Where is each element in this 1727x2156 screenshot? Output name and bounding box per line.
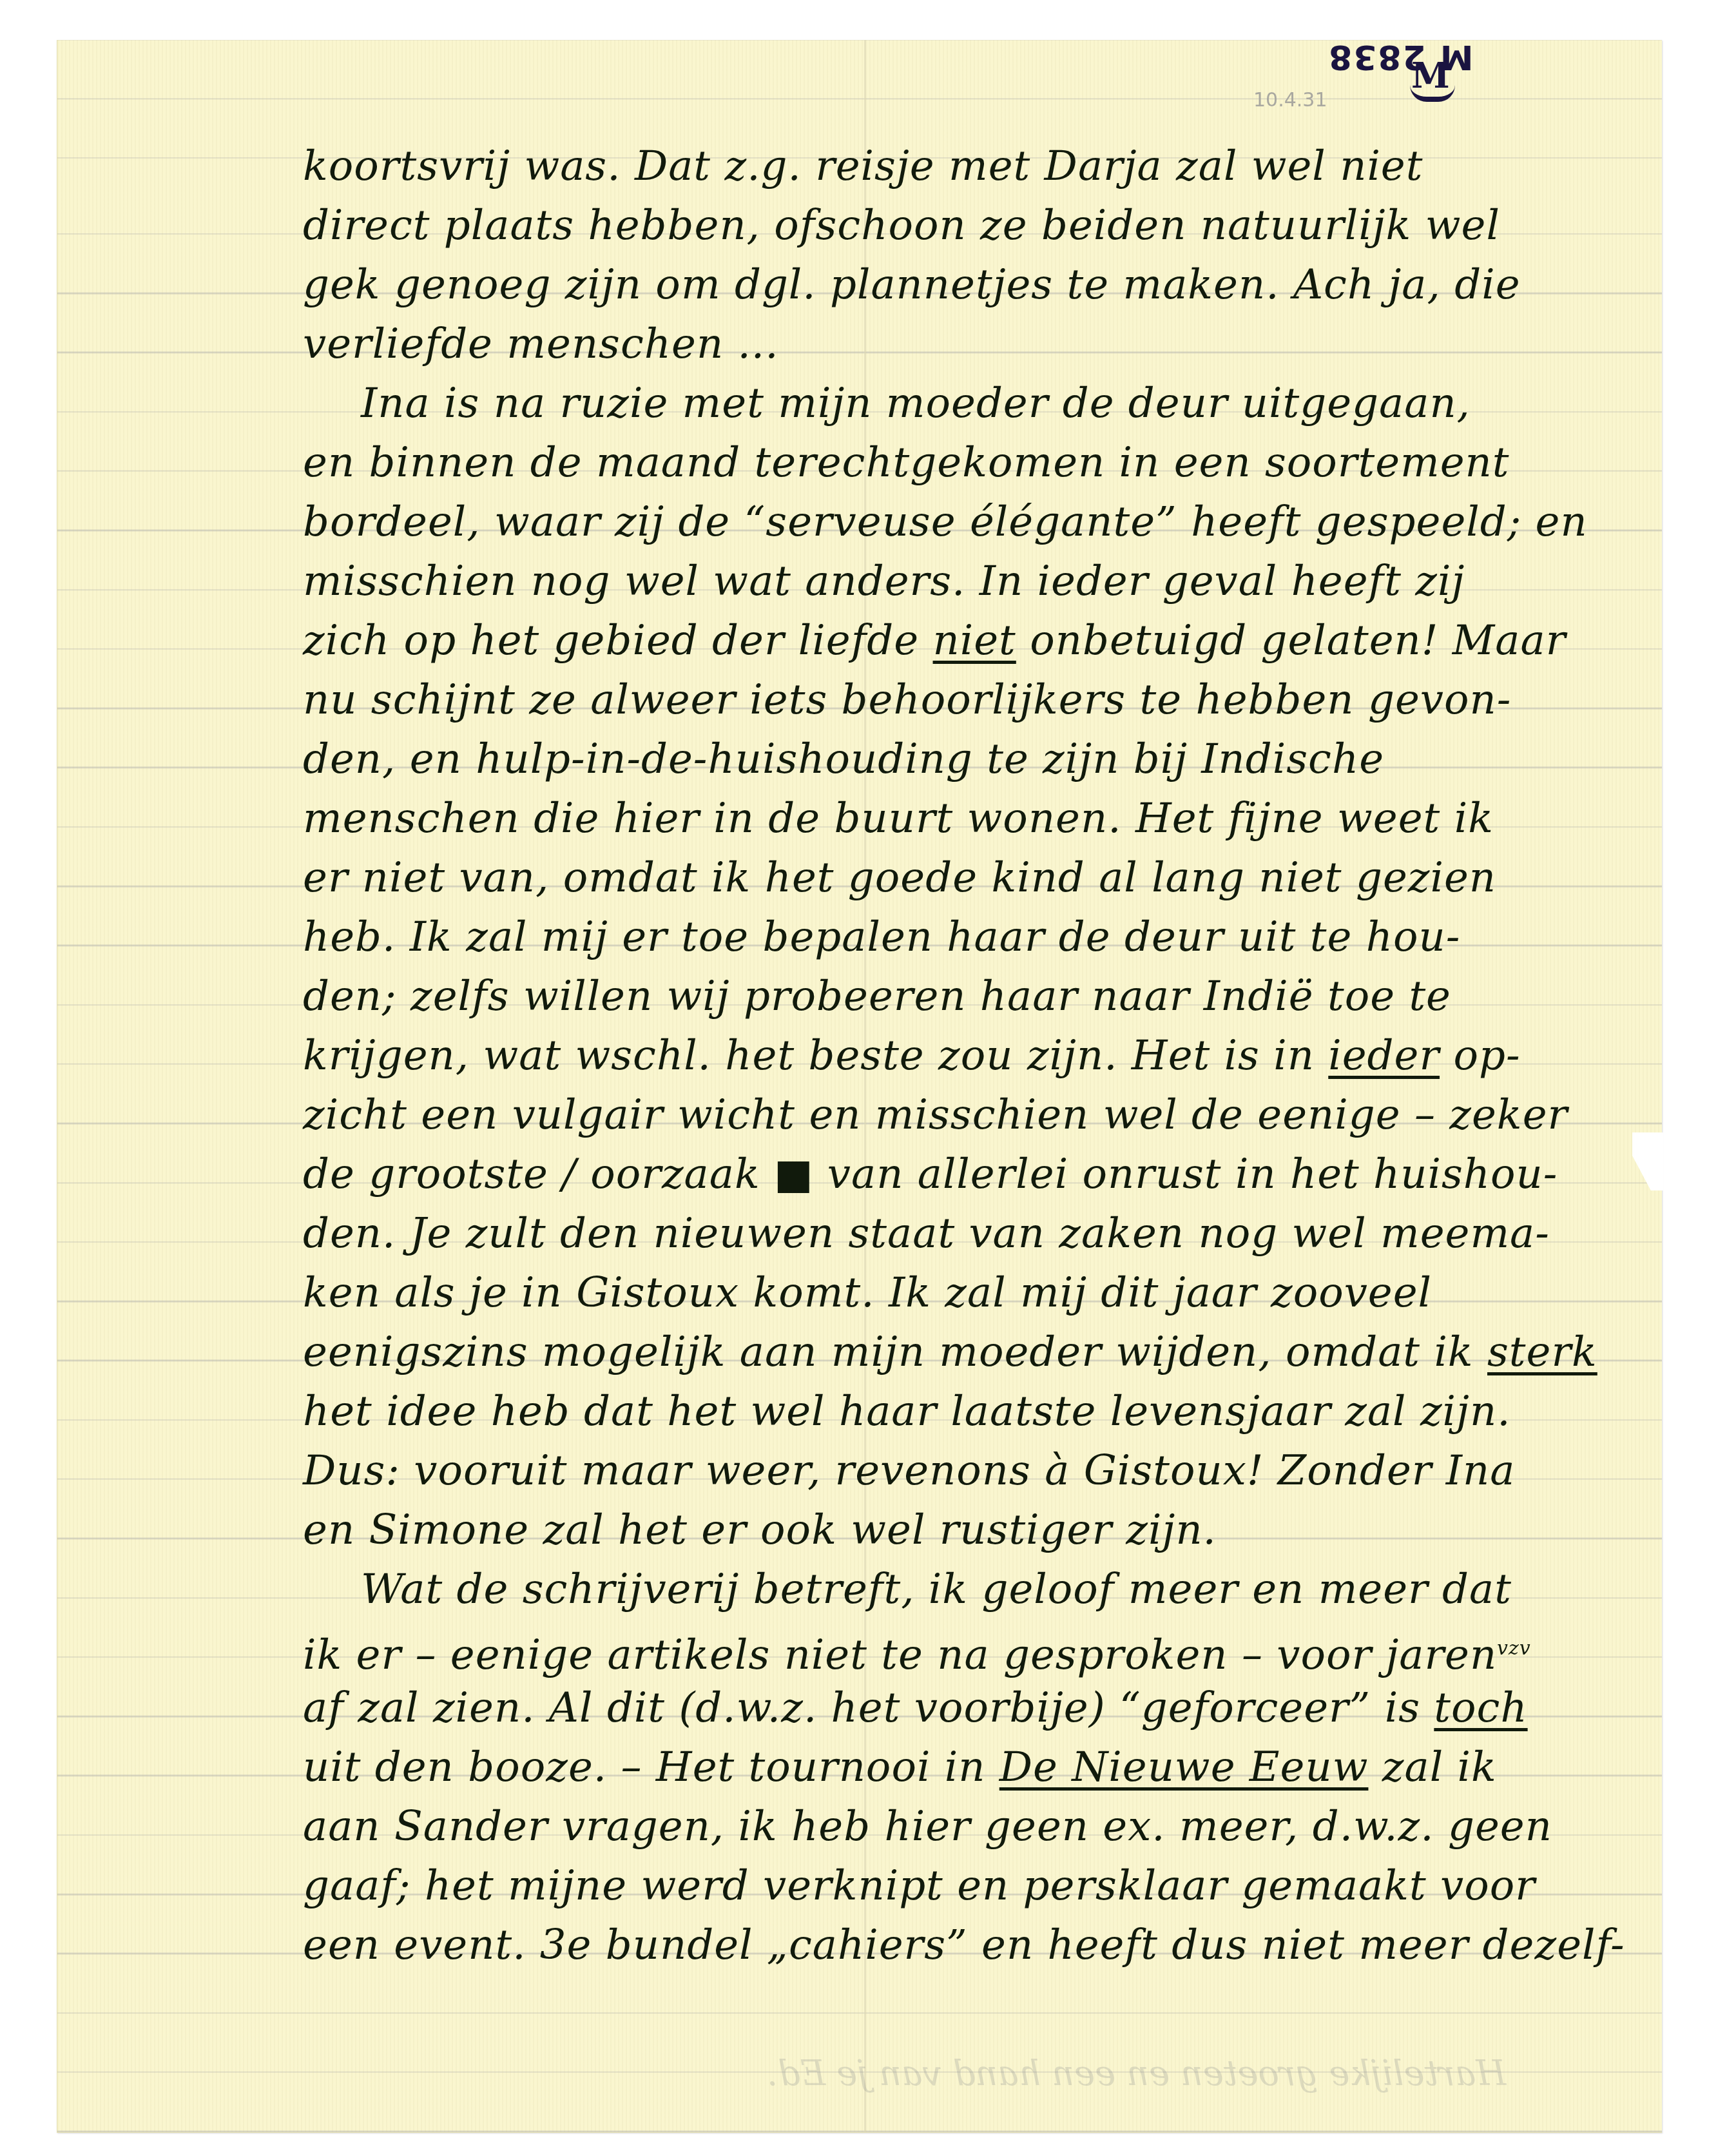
- letter-line: Dus: vooruit maar weer, revenons à Gisto…: [303, 1441, 1669, 1500]
- underlined-word: sterk: [1487, 1328, 1597, 1376]
- letter-line: een event. 3e bundel „cahiers” en heeft …: [303, 1916, 1669, 1975]
- letter-line: aan Sander vragen, ik heb hier geen ex. …: [303, 1797, 1669, 1856]
- letter-body: koortsvrij was. Dat z.g. reisje met Darj…: [303, 137, 1669, 1975]
- pencil-date: 10.4.31: [1253, 89, 1327, 112]
- letter-line: den, en hulp-in-de-huishouding te zijn b…: [303, 730, 1669, 789]
- letter-line: de grootste / oorzaak ■ van allerlei onr…: [303, 1145, 1669, 1204]
- underlined-word: De Nieuwe Eeuw: [999, 1743, 1369, 1791]
- letter-line: verliefde menschen ...: [303, 315, 1669, 374]
- letter-line: krijgen, wat wschl. het beste zou zijn. …: [303, 1026, 1669, 1085]
- letter-line: misschien nog wel wat anders. In ieder g…: [303, 552, 1669, 611]
- letter-line: bordeel, waar zij de “serveuse élégante”…: [303, 492, 1669, 552]
- interlinear-insertion: vzv: [1497, 1637, 1531, 1660]
- letter-line: nu schijnt ze alweer iets behoorlijkers …: [303, 670, 1669, 730]
- letter-line: Wat de schrijverij betreft, ik geloof me…: [303, 1560, 1669, 1619]
- letter-line: het idee heb dat het wel haar laatste le…: [303, 1382, 1669, 1441]
- archive-monogram-icon: M: [1405, 46, 1456, 104]
- letter-line: den. Je zult den nieuwen staat van zaken…: [303, 1204, 1669, 1263]
- letter-line: uit den booze. – Het tournooi in De Nieu…: [303, 1738, 1669, 1797]
- letter-line: Ina is na ruzie met mijn moeder de deur …: [303, 374, 1669, 433]
- letter-line: koortsvrij was. Dat z.g. reisje met Darj…: [303, 137, 1669, 196]
- letter-line: zicht een vulgair wicht en misschien wel…: [303, 1085, 1669, 1145]
- underlined-word: ieder: [1328, 1032, 1440, 1080]
- letter-line: en binnen de maand terechtgekomen in een…: [303, 433, 1669, 492]
- letter-line: zich op het gebied der liefde niet onbet…: [303, 611, 1669, 670]
- letter-line: heb. Ik zal mij er toe bepalen haar de d…: [303, 908, 1669, 967]
- letter-line: er niet van, omdat ik het goede kind al …: [303, 848, 1669, 908]
- underlined-word: niet: [933, 617, 1016, 665]
- letter-line: ken als je in Gistoux komt. Ik zal mij d…: [303, 1263, 1669, 1323]
- letter-line: af zal zien. Al dit (d.w.z. het voorbije…: [303, 1678, 1669, 1738]
- letter-line: ik er – eenige artikels niet te na gespr…: [303, 1619, 1669, 1678]
- bleed-through-text: Hartelijke groeten en een hand van je Ed…: [767, 2053, 1506, 2093]
- letter-line: en Simone zal het er ook wel rustiger zi…: [303, 1500, 1669, 1560]
- letter-line: den; zelfs willen wij probeeren haar naa…: [303, 967, 1669, 1026]
- letter-line: eenigszins mogelijk aan mijn moeder wijd…: [303, 1323, 1669, 1382]
- letter-line: menschen die hier in de buurt wonen. Het…: [303, 789, 1669, 848]
- letter-line: gaaf; het mijne werd verknipt en perskla…: [303, 1856, 1669, 1916]
- underlined-word: toch: [1434, 1684, 1527, 1732]
- letter-line: gek genoeg zijn om dgl. plannetjes te ma…: [303, 255, 1669, 315]
- letter-line: direct plaats hebben, ofschoon ze beiden…: [303, 196, 1669, 255]
